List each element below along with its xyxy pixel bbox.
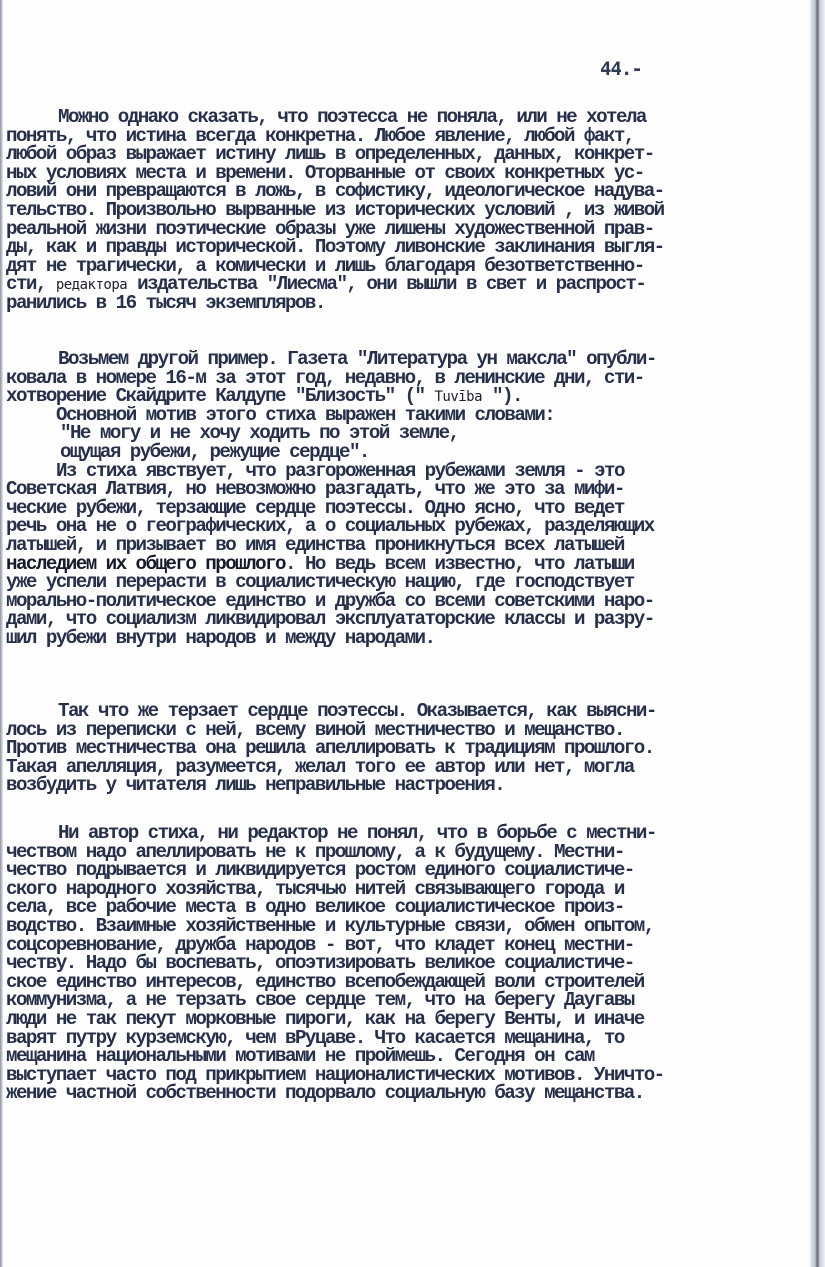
scan-binding-edge xyxy=(810,0,825,1267)
text-line: Советская Латвия, но невозможно разгадат… xyxy=(6,480,812,499)
text-line: чество подрывается и ликвидируется росто… xyxy=(6,861,812,880)
poem-quote-line: ощущая рубежи, режущие сердце". xyxy=(6,443,812,462)
text-line: шил рубежи внутри народов и между народа… xyxy=(6,629,812,648)
text-line: Так что же терзает сердце поэтессы. Оказ… xyxy=(6,702,812,721)
text-line: ранились в 16 тысяч экземпляров. xyxy=(6,294,812,313)
text-line: Ни автор стиха, ни редактор не понял, чт… xyxy=(6,824,812,843)
text-line: жение частной собственности подорвало со… xyxy=(6,1084,812,1103)
inserted-word: Tuvība xyxy=(434,389,482,405)
paragraph-4: Ни автор стиха, ни редактор не понял, чт… xyxy=(6,824,812,1103)
scan-left-edge xyxy=(0,0,3,1267)
text-line: Возьмем другой пример. Газета "Литератур… xyxy=(6,350,812,369)
typewritten-page: 44.- Можно однако сказать, что поэтесса … xyxy=(0,0,810,1267)
paragraph-2: Возьмем другой пример. Газета "Литератур… xyxy=(6,350,812,648)
text-line: люди не так пекут морковные пироги, как … xyxy=(6,1010,812,1029)
text-line: мещанина национальными мотивами не пройм… xyxy=(6,1047,812,1066)
text-line: уже успели перерасти в социалистическую … xyxy=(6,573,812,592)
text-line: Против местничества она решила апеллиров… xyxy=(6,739,812,758)
text-line: тельство. Произвольно вырванные из истор… xyxy=(6,201,812,220)
inserted-word: редактора xyxy=(56,277,127,293)
text-line: водство. Взаимные хозяйственные и культу… xyxy=(6,917,812,936)
text-line-with-insertion: хотворение Скайдрите Калдупе "Близость" … xyxy=(6,387,812,406)
text-line: честву. Надо бы воспевать, опоэтизироват… xyxy=(6,954,812,973)
paragraph-3: Так что же терзает сердце поэтессы. Оказ… xyxy=(6,702,812,795)
text-line: возбудить у читателя лишь неправильные н… xyxy=(6,776,812,795)
paragraph-1: Можно однако сказать, что поэтесса не по… xyxy=(6,108,812,313)
page-number: 44.- xyxy=(600,58,642,80)
text-line: ды, как и правды исторической. Поэтому л… xyxy=(6,238,812,257)
text-line: Можно однако сказать, что поэтесса не по… xyxy=(6,108,812,127)
text-line: любой образ выражает истину лишь в опред… xyxy=(6,145,812,164)
